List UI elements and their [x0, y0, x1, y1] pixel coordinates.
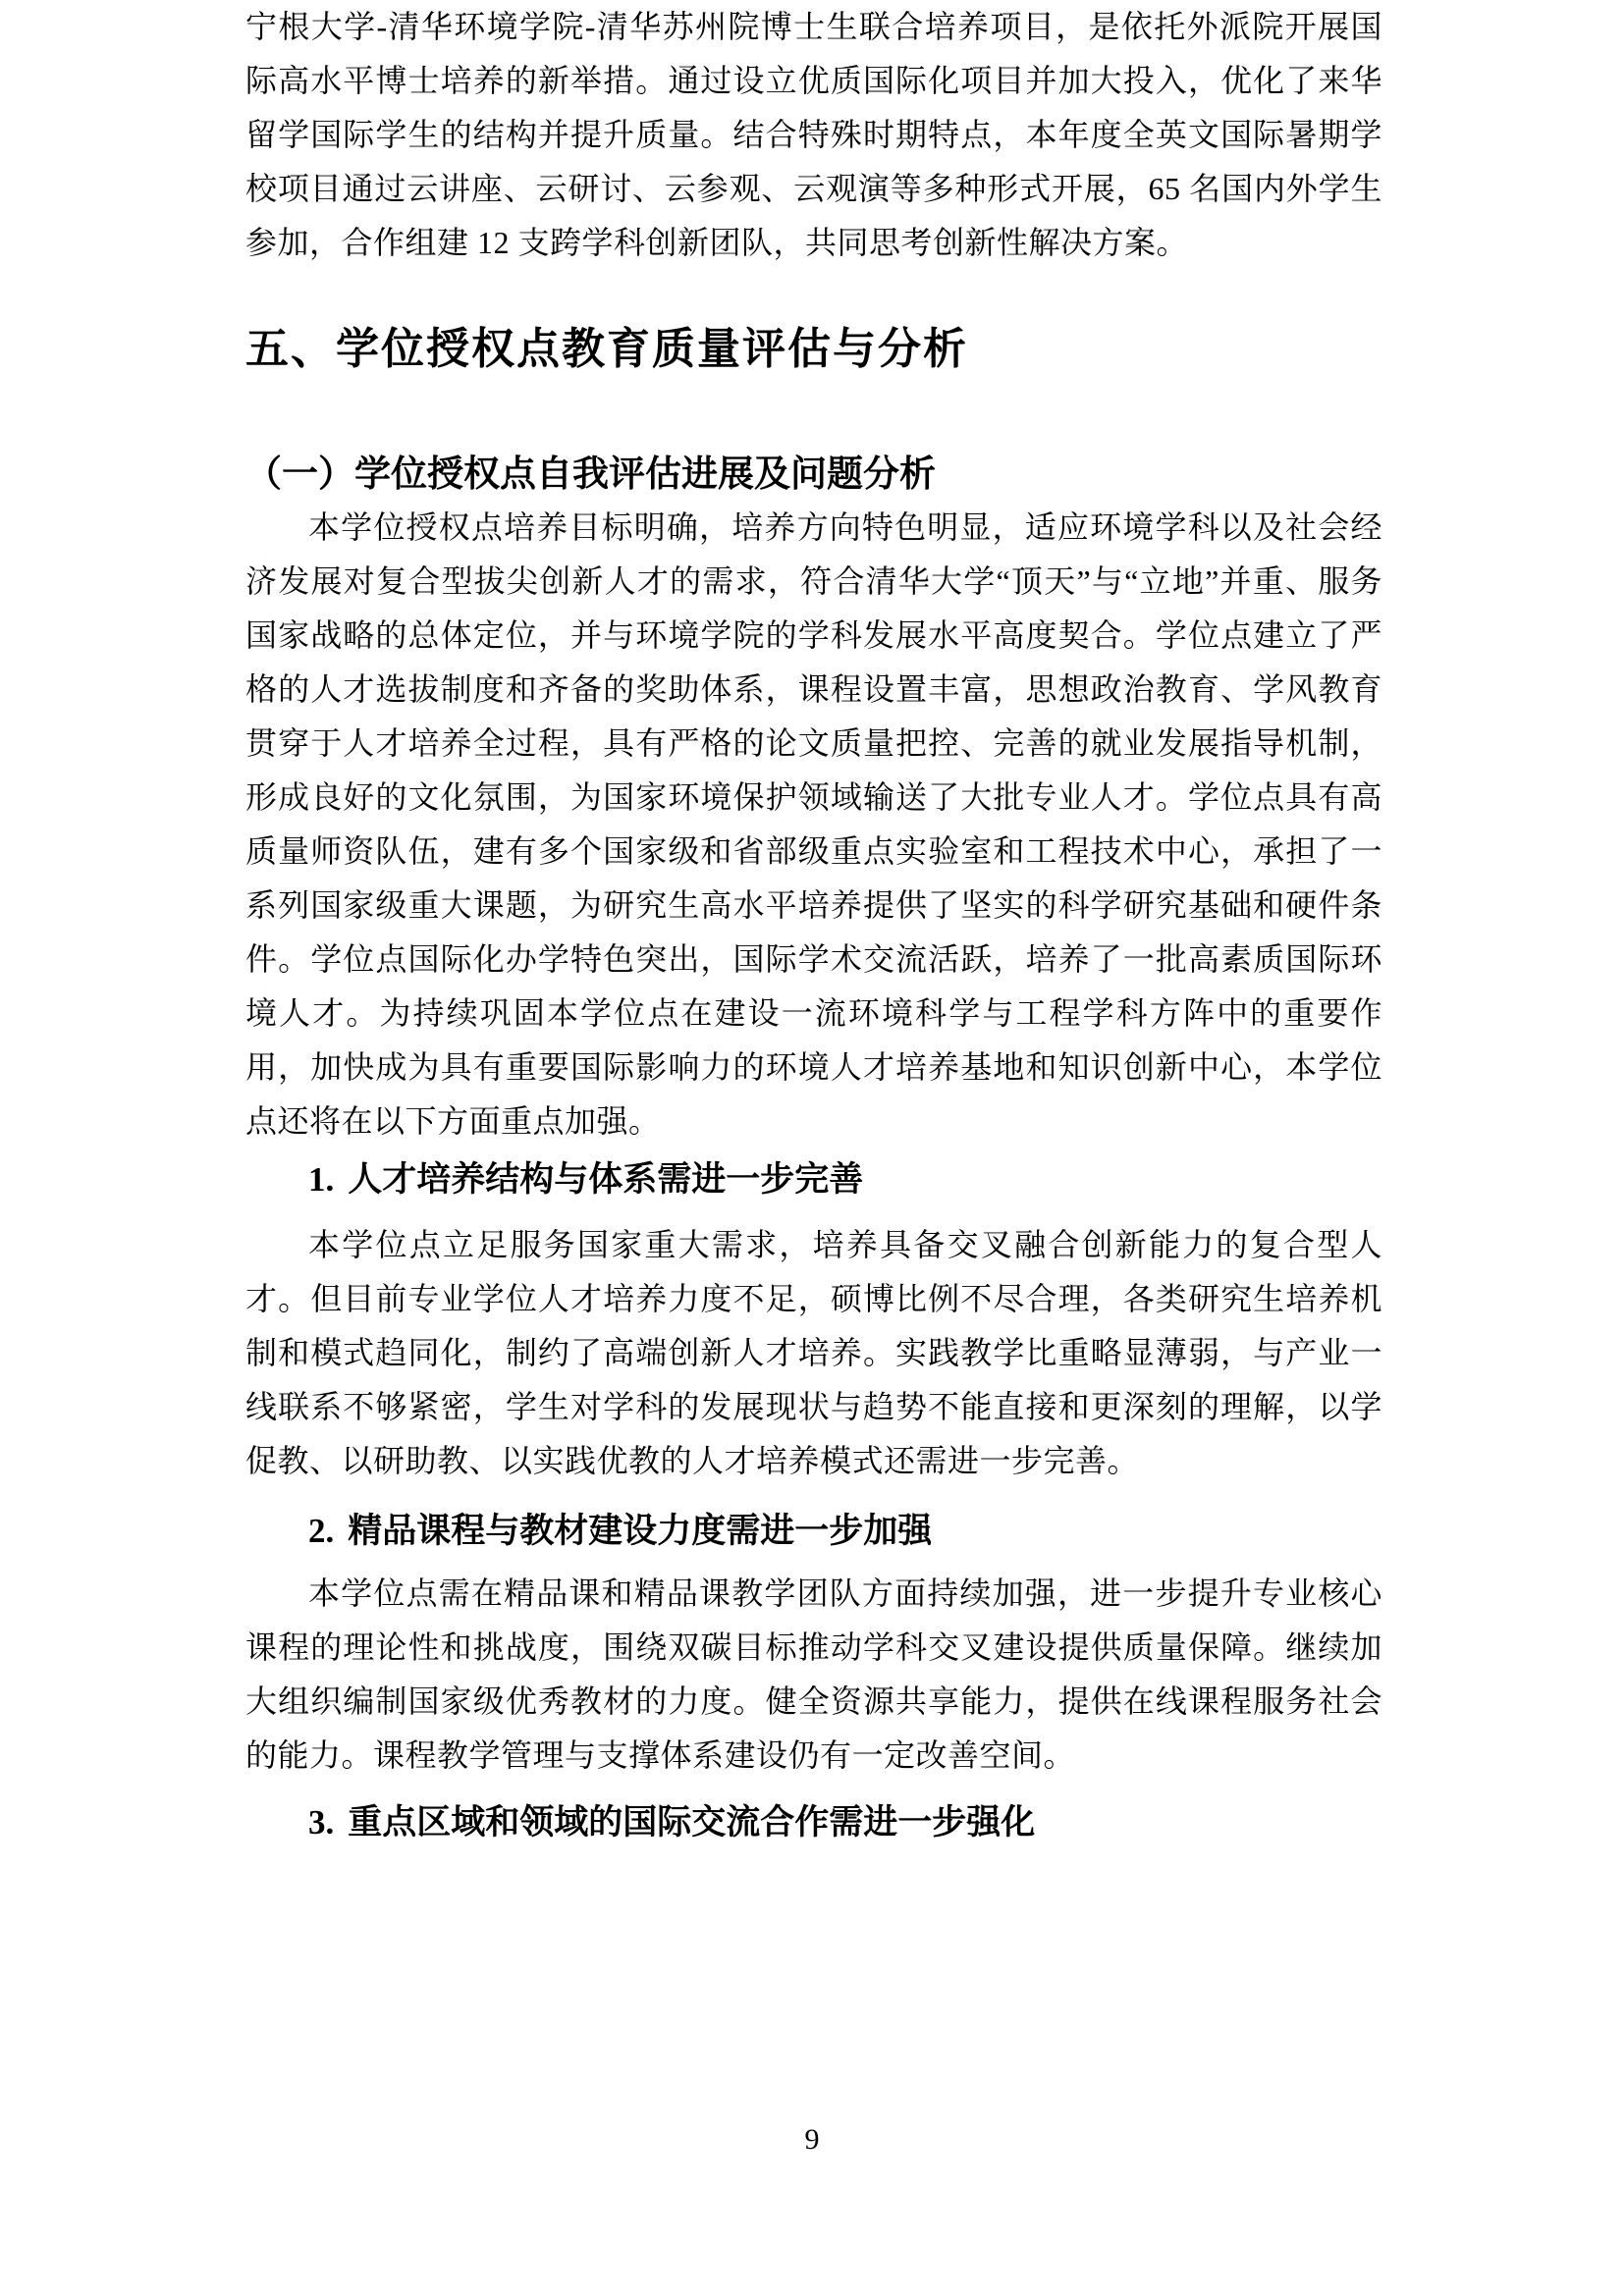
item-number-2: 2. [308, 1512, 334, 1550]
item-body-1: 本学位点立足服务国家重大需求，培养具备交叉融合创新能力的复合型人才。但目前专业学… [245, 1218, 1382, 1488]
item-title-3: 重点区域和领域的国际交流合作需进一步强化 [348, 1803, 1035, 1842]
item-title-2: 精品课程与教材建设力度需进一步加强 [348, 1512, 932, 1550]
page-number: 9 [0, 2120, 1624, 2160]
document-page: 宁根大学-清华环境学院-清华苏州院博士生联合培养项目，是依托外派院开展国际高水平… [0, 0, 1624, 2296]
item-number-3: 3. [308, 1803, 334, 1842]
item-body-2: 本学位点需在精品课和精品课教学团队方面持续加强，进一步提升专业核心课程的理论性和… [245, 1567, 1382, 1783]
section-heading: 五、学位授权点教育质量评估与分析 [245, 318, 1382, 381]
item-number-1: 1. [308, 1160, 334, 1199]
page-content: 宁根大学-清华环境学院-清华苏州院博士生联合培养项目，是依托外派院开展国际高水平… [245, 0, 1382, 1847]
item-heading-1: 1.人才培养结构与体系需进一步完善 [308, 1155, 1382, 1204]
item-title-1: 人才培养结构与体系需进一步完善 [348, 1160, 863, 1199]
continued-paragraph: 宁根大学-清华环境学院-清华苏州院博士生联合培养项目，是依托外派院开展国际高水平… [245, 0, 1382, 270]
item-heading-3: 3.重点区域和领域的国际交流合作需进一步强化 [308, 1798, 1382, 1847]
item-heading-2: 2.精品课程与教材建设力度需进一步加强 [308, 1507, 1382, 1556]
overview-paragraph: 本学位授权点培养目标明确，培养方向特色明显，适应环境学科以及社会经济发展对复合型… [245, 501, 1382, 1148]
subsection-heading: （一）学位授权点自我评估进展及问题分析 [245, 448, 1382, 501]
